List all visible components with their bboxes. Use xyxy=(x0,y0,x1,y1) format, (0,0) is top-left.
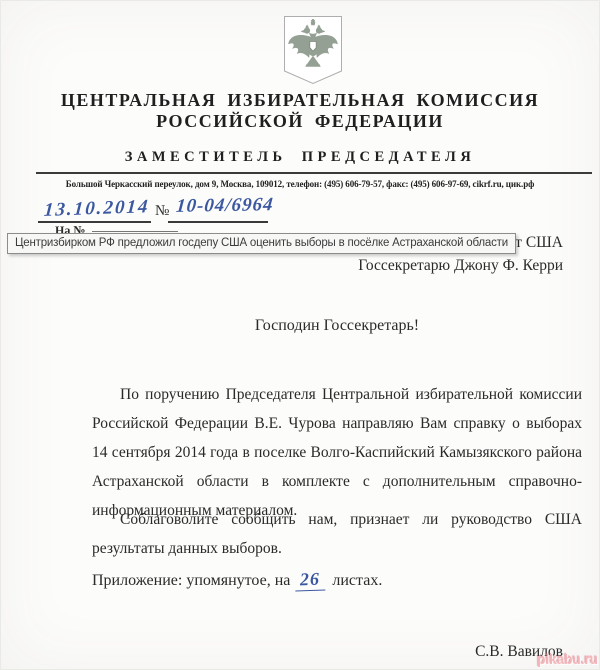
handwritten-page-count: 26 xyxy=(295,568,326,591)
scanned-letter-page: ЦЕНТРАЛЬНАЯ ИЗБИРАТЕЛЬНАЯ КОМИССИЯ РОССИ… xyxy=(0,0,600,670)
body-line: По поручению Председателя Центральной из… xyxy=(92,380,582,409)
russian-coat-of-arms-icon xyxy=(283,15,343,85)
letterhead-divider xyxy=(36,172,592,174)
body-line: Астраханской области в комплекте с допол… xyxy=(92,467,582,496)
org-name-line1: ЦЕНТРАЛЬНАЯ ИЗБИРАТЕЛЬНАЯ КОМИССИЯ xyxy=(0,90,600,111)
body-paragraph-2: Соблаговолите сообщить нам, признает ли … xyxy=(92,505,582,563)
number-underline xyxy=(168,221,268,223)
incoming-number-underline xyxy=(92,231,178,232)
body-line: Соблаговолите сообщить нам, признает ли … xyxy=(92,505,582,534)
image-title-tooltip: Центризбирком РФ предложил госдепу США о… xyxy=(7,233,516,254)
handwritten-outgoing-number: 10-04/6964 xyxy=(175,194,275,218)
handwritten-date: 13.10.2014 xyxy=(43,196,150,222)
site-watermark: pikabu.ru xyxy=(537,652,598,667)
org-name-line2: РОССИЙСКОЙ ФЕДЕРАЦИИ xyxy=(0,111,600,132)
body-line-text: По поручению Председателя Центральной из… xyxy=(120,386,582,403)
attachment-suffix: листах. xyxy=(332,572,382,589)
salutation: Господин Госсекретарь! xyxy=(92,317,582,335)
body-line: 14 сентября 2014 года в поселке Волго-Ка… xyxy=(92,438,582,467)
attachment-line: Приложение: упомянутое, на26листах. xyxy=(92,569,382,591)
body-paragraph-1: По поручению Председателя Центральной из… xyxy=(92,380,582,525)
attachment-prefix: Приложение: упомянутое, на xyxy=(92,572,290,589)
body-line-text: Соблаговолите сообщить нам, признает ли … xyxy=(120,511,582,528)
body-line: результаты данных выборов. xyxy=(92,534,582,563)
org-address-line: Большой Черкасский переулок, дом 9, Моск… xyxy=(0,179,600,189)
addressee-person: Госсекретарю Джону Ф. Керри xyxy=(320,254,563,277)
signer-role-title: ЗАМЕСТИТЕЛЬ ПРЕДСЕДАТЕЛЯ xyxy=(0,149,600,166)
body-line: Российской Федерации В.Е. Чурова направл… xyxy=(92,409,582,438)
number-sign: № xyxy=(155,203,169,220)
